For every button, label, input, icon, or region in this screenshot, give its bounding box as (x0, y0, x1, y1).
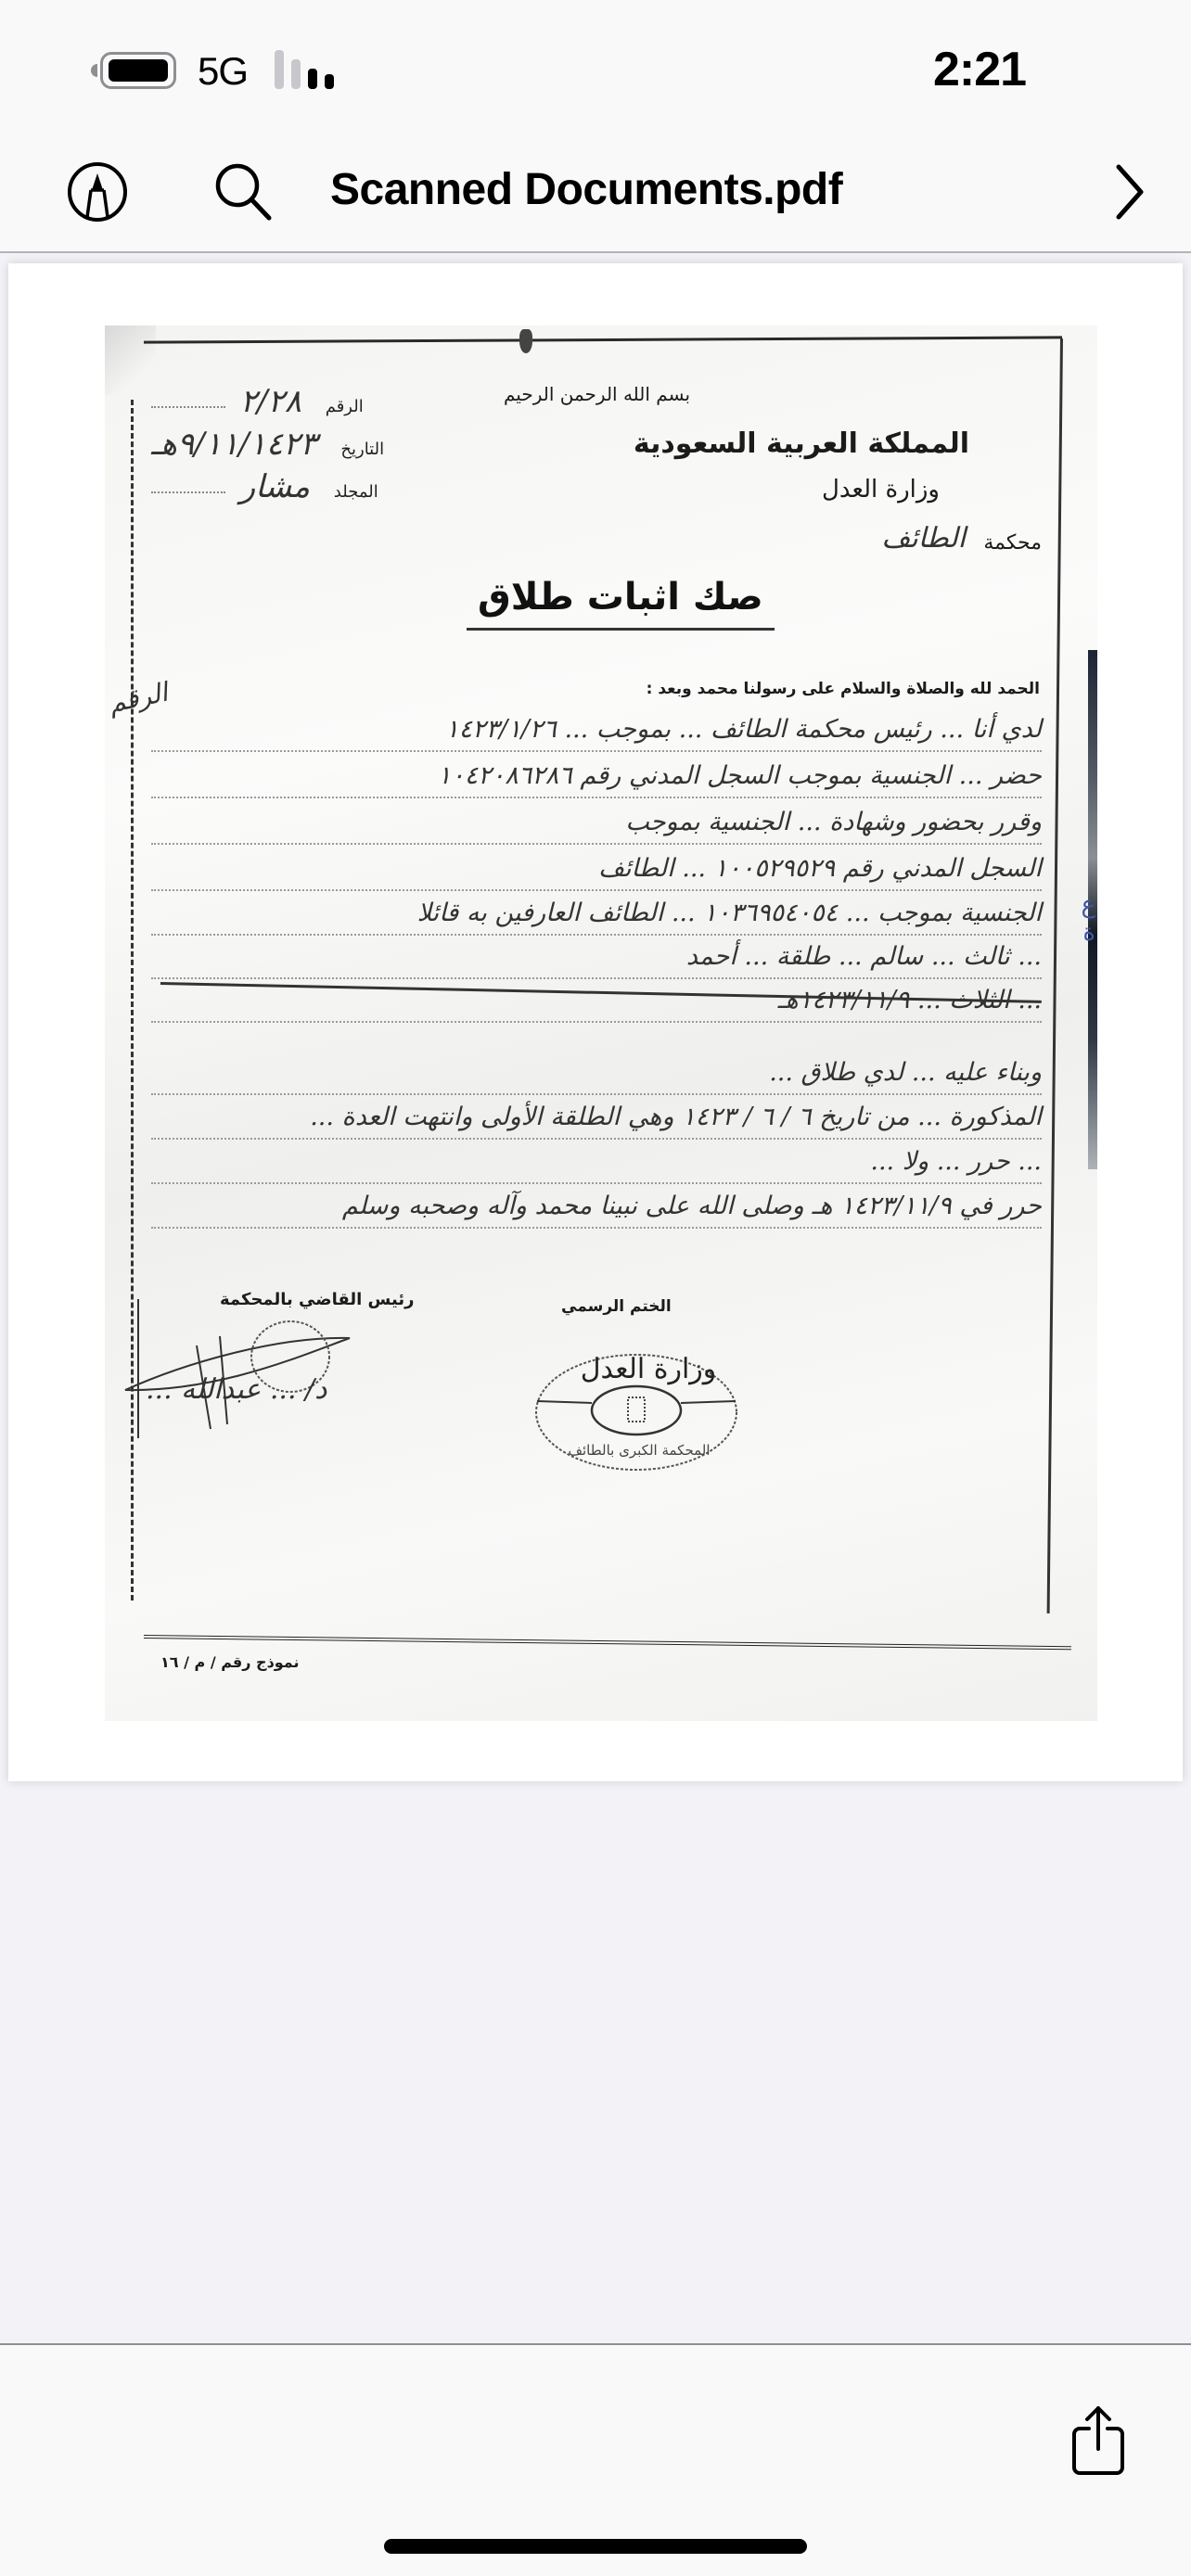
document-title: Scanned Documents.pdf (330, 158, 842, 223)
judge-signature: د/ ... عبدالله ... (146, 1373, 327, 1406)
number-value: ٢/٢٨ (240, 383, 301, 420)
ruled-line (151, 934, 1042, 936)
document-border (1047, 338, 1063, 1613)
body-line: ... ثالث ... سالم ... طلقة ... أحمد (686, 942, 1042, 971)
attachments-field: المجلد مشار (151, 468, 378, 505)
body-line: ... حرر ... ولا ... (870, 1147, 1042, 1176)
form-number: نموذج رقم / م / ١٦ (160, 1653, 300, 1671)
scan-artifact-mark: ة (1082, 919, 1095, 947)
svg-text:المحكمة الكبرى بالطائف: المحكمة الكبرى بالطائف (568, 1442, 710, 1459)
body-line: حرر في ١٤٢٣/١١/٩ هـ وصلى الله على نبينا … (342, 1192, 1042, 1220)
nav-bar: Scanned Documents.pdf (0, 130, 1191, 253)
opening-line: الحمد لله والصلاة والسلام على رسولنا محم… (647, 680, 1040, 698)
attachments-value: مشار (240, 468, 310, 505)
judge-signature-block: رئيس القاضي بالمحكمة د/ ... عبدالله ... (109, 1271, 405, 1447)
date-label: التاريخ (340, 440, 384, 459)
court-label: محكمة (983, 531, 1042, 555)
body-line: المذكورة ... من تاريخ ٦ / ٦ / ١٤٢٣ وهي ا… (310, 1103, 1042, 1131)
document-border (144, 336, 1062, 343)
signal-icon (275, 50, 336, 89)
body-line: السجل المدني رقم ١٠٠٥٢٩٥٢٩ ... الطائف (598, 854, 1042, 883)
status-time: 2:21 (933, 41, 1026, 98)
ruled-line (151, 1093, 1042, 1095)
signature-icon (118, 1299, 396, 1438)
document-viewer[interactable]: ع ة بسم الله الرحمن الرحيم المملكة العرب… (0, 255, 1191, 2341)
number-field: الرقم ٢/٢٨ (151, 383, 364, 420)
staple-mark (519, 329, 532, 353)
number-label: الرقم (326, 397, 364, 416)
scan-artifact-mark: ع (1081, 891, 1095, 919)
status-bar: 5G 2:21 (0, 0, 1191, 130)
court-value: الطائف (881, 522, 966, 555)
ruled-line (151, 797, 1042, 798)
markup-icon[interactable] (67, 161, 128, 223)
ruled-line (151, 977, 1042, 979)
ruled-line (151, 889, 1042, 891)
ruled-line (151, 1182, 1042, 1184)
network-type: 5G (198, 48, 248, 95)
date-field: التاريخ ٩/١١/١٤٢٣هـ (151, 426, 384, 463)
official-seal-label: الختم الرسمي (561, 1297, 672, 1316)
kingdom-name: المملكة العربية السعودية (634, 427, 969, 460)
ministry-stamp: وزارة العدل المحكمة الكبرى بالطائف (530, 1336, 743, 1475)
battery-icon (91, 52, 176, 89)
margin-note: الرقم (106, 677, 170, 720)
share-icon[interactable] (1070, 2404, 1126, 2477)
document-border (144, 1635, 1071, 1650)
ruled-line (151, 1021, 1042, 1023)
body-line: وبناء عليه ... لدي طلاق ... (769, 1058, 1042, 1087)
scanned-document-image: ع ة بسم الله الرحمن الرحيم المملكة العرب… (105, 325, 1097, 1721)
ministry-name: وزارة العدل (822, 476, 940, 504)
body-line: لدي أنا ... رئيس محكمة الطائف ... بموجب … (445, 715, 1042, 744)
ruled-line (151, 750, 1042, 752)
basmala: بسم الله الرحمن الرحيم (504, 383, 690, 405)
attachments-label: المجلد (334, 482, 378, 502)
date-value: ٩/١١/١٤٢٣هـ (151, 426, 317, 463)
ruled-line (151, 843, 1042, 845)
chevron-right-icon[interactable] (1111, 163, 1148, 221)
ruled-line (151, 1138, 1042, 1140)
body-line: الجنسية بموجب ... ١٠٣٦٩٥٤٠٥٤ ... الطائف … (417, 899, 1042, 927)
ruled-line (151, 1227, 1042, 1229)
body-line: وقرر بحضور وشهادة ... الجنسية بموجب (625, 808, 1042, 836)
search-icon[interactable] (213, 161, 275, 223)
body-line: حضر ... الجنسية بموجب السجل المدني رقم ١… (438, 761, 1042, 790)
svg-text:وزارة العدل: وزارة العدل (581, 1353, 717, 1385)
pdf-page[interactable]: ع ة بسم الله الرحمن الرحيم المملكة العرب… (8, 263, 1183, 1781)
home-indicator[interactable] (384, 2539, 807, 2554)
document-heading: صك اثبات طلاق (467, 576, 775, 631)
